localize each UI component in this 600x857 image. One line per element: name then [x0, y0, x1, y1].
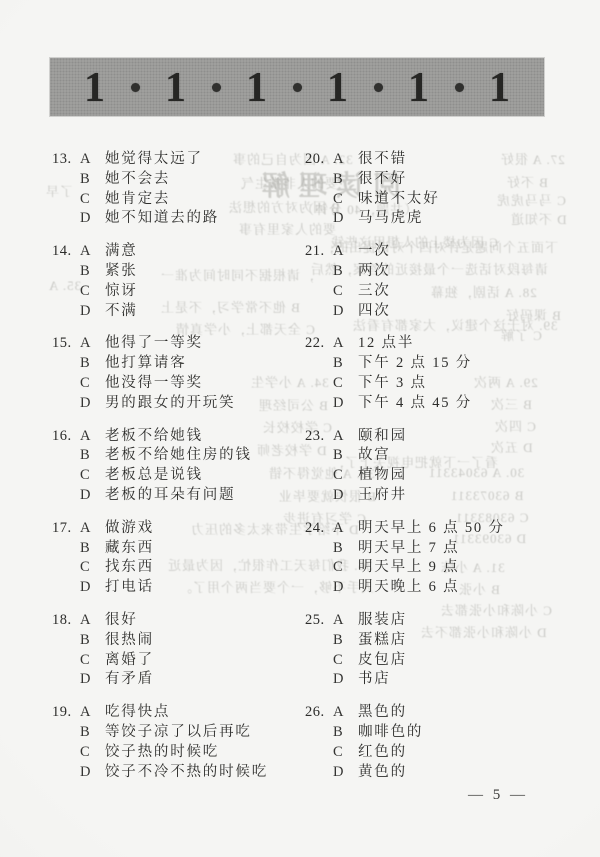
- question-block: 26.A黑色的B咖啡色的C红色的D黄色的: [305, 703, 567, 782]
- option-letter: C: [80, 466, 105, 486]
- option-letter: B: [333, 631, 358, 651]
- question-option-row: B藏东西: [52, 539, 308, 559]
- option-letter: D: [80, 670, 105, 690]
- question-option-row: B很热闹: [52, 631, 308, 651]
- questions-column-left: 13.A她觉得太远了B她不会去C她肯定去D她不知道去的路14.A满意B紧张C惊讶…: [52, 150, 308, 795]
- option-text: 明天早上 7 点: [358, 539, 459, 559]
- question-block: 13.A她觉得太远了B她不会去C她肯定去D她不知道去的路: [52, 150, 308, 229]
- option-text: 三次: [358, 282, 391, 302]
- option-letter: C: [80, 282, 105, 302]
- question-option-row: C三次: [305, 282, 567, 302]
- option-letter: C: [80, 743, 105, 763]
- question-option-row: C离婚了: [52, 651, 308, 671]
- option-letter: D: [333, 486, 358, 506]
- question-option-row: B等饺子凉了以后再吃: [52, 723, 308, 743]
- option-letter: C: [333, 282, 358, 302]
- option-text: 明天早上 9 点: [358, 558, 459, 578]
- option-text: 颐和园: [358, 427, 407, 447]
- option-letter: D: [80, 209, 105, 229]
- banner-separator-dot: [212, 83, 221, 92]
- banner-digit: 1: [327, 67, 348, 109]
- option-letter: B: [333, 446, 358, 466]
- question-option-row: D黄色的: [305, 763, 567, 783]
- question-number: 26.: [305, 703, 333, 723]
- option-text: 等饺子凉了以后再吃: [105, 723, 252, 743]
- option-text: 明天早上 6 点 50 分: [358, 519, 505, 539]
- question-number: 15.: [52, 334, 80, 354]
- question-option-row: D四次: [305, 302, 567, 322]
- option-text: 下午 2 点 15 分: [358, 354, 472, 374]
- question-block: 18.A很好B很热闹C离婚了D有矛盾: [52, 611, 308, 690]
- banner-digit: 1: [408, 67, 429, 109]
- option-letter: D: [80, 763, 105, 783]
- question-number: 18.: [52, 611, 80, 631]
- question-option-row: 19.A吃得快点: [52, 703, 308, 723]
- banner-digit: 1: [165, 67, 186, 109]
- question-number: 22.: [305, 334, 333, 354]
- option-text: 咖啡色的: [358, 723, 423, 743]
- question-option-row: 20.A很不错: [305, 150, 567, 170]
- option-text: 老板的耳朵有问题: [105, 486, 235, 506]
- question-option-row: D老板的耳朵有问题: [52, 486, 308, 506]
- option-text: 12 点半: [358, 334, 414, 354]
- question-option-row: B下午 2 点 15 分: [305, 354, 567, 374]
- option-letter: D: [333, 578, 358, 598]
- option-text: 皮包店: [358, 651, 407, 671]
- question-block: 14.A满意B紧张C惊讶D不满: [52, 242, 308, 321]
- option-text: 书店: [358, 670, 391, 690]
- option-letter: D: [80, 302, 105, 322]
- question-option-row: D书店: [305, 670, 567, 690]
- option-text: 她肯定去: [105, 190, 170, 210]
- question-number: 17.: [52, 519, 80, 539]
- option-letter: C: [80, 558, 105, 578]
- option-text: 红色的: [358, 743, 407, 763]
- page-number: — 5 —: [468, 787, 528, 804]
- option-text: 他打算请客: [105, 354, 187, 374]
- question-option-row: B明天早上 7 点: [305, 539, 567, 559]
- question-option-row: C惊讶: [52, 282, 308, 302]
- option-letter: A: [80, 334, 105, 354]
- question-option-row: 23.A颐和园: [305, 427, 567, 447]
- banner-digit: 1: [84, 67, 105, 109]
- option-letter: C: [80, 651, 105, 671]
- option-text: 打电话: [105, 578, 154, 598]
- question-option-row: D打电话: [52, 578, 308, 598]
- option-text: 明天晚上 6 点: [358, 578, 459, 598]
- question-option-row: B他打算请客: [52, 354, 308, 374]
- option-letter: C: [333, 558, 358, 578]
- section-number-banner: 111111: [50, 58, 544, 116]
- option-text: 很热闹: [105, 631, 154, 651]
- option-text: 藏东西: [105, 539, 154, 559]
- option-letter: A: [80, 150, 105, 170]
- question-option-row: B老板不给她住房的钱: [52, 446, 308, 466]
- question-option-row: D下午 4 点 45 分: [305, 394, 567, 414]
- question-number: 13.: [52, 150, 80, 170]
- option-letter: C: [333, 466, 358, 486]
- question-option-row: 24.A明天早上 6 点 50 分: [305, 519, 567, 539]
- option-text: 惊讶: [105, 282, 138, 302]
- banner-separator-dot: [293, 83, 302, 92]
- option-text: 两次: [358, 262, 391, 282]
- question-option-row: D王府井: [305, 486, 567, 506]
- option-text: 饺子不冷不热的时候吃: [105, 763, 268, 783]
- question-option-row: 15.A他得了一等奖: [52, 334, 308, 354]
- question-block: 25.A服装店B蛋糕店C皮包店D书店: [305, 611, 567, 690]
- question-option-row: D不满: [52, 302, 308, 322]
- option-letter: A: [333, 427, 358, 447]
- question-block: 24.A明天早上 6 点 50 分B明天早上 7 点C明天早上 9 点D明天晚上…: [305, 519, 567, 598]
- option-letter: D: [333, 763, 358, 783]
- question-option-row: D男的跟女的开玩笑: [52, 394, 308, 414]
- option-letter: D: [80, 486, 105, 506]
- option-letter: D: [80, 578, 105, 598]
- option-letter: C: [333, 651, 358, 671]
- question-option-row: B很不好: [305, 170, 567, 190]
- question-option-row: B故宫: [305, 446, 567, 466]
- option-letter: C: [80, 374, 105, 394]
- banner-separator-dot: [455, 83, 464, 92]
- option-text: 满意: [105, 242, 138, 262]
- option-letter: D: [333, 209, 358, 229]
- question-option-row: C找东西: [52, 558, 308, 578]
- option-letter: D: [333, 394, 358, 414]
- option-text: 很不好: [358, 170, 407, 190]
- question-number: 24.: [305, 519, 333, 539]
- option-letter: D: [333, 302, 358, 322]
- option-letter: B: [333, 539, 358, 559]
- question-block: 17.A做游戏B藏东西C找东西D打电话: [52, 519, 308, 598]
- option-text: 她不会去: [105, 170, 170, 190]
- question-number: 20.: [305, 150, 333, 170]
- option-text: 老板不给她住房的钱: [105, 446, 252, 466]
- option-letter: C: [333, 743, 358, 763]
- question-option-row: 16.A老板不给她钱: [52, 427, 308, 447]
- question-option-row: C她肯定去: [52, 190, 308, 210]
- question-option-row: C老板总是说钱: [52, 466, 308, 486]
- question-option-row: C饺子热的时候吃: [52, 743, 308, 763]
- option-letter: C: [333, 190, 358, 210]
- question-option-row: D马马虎虎: [305, 209, 567, 229]
- option-text: 离婚了: [105, 651, 154, 671]
- option-letter: A: [80, 427, 105, 447]
- question-option-row: C红色的: [305, 743, 567, 763]
- question-number: 21.: [305, 242, 333, 262]
- option-letter: B: [80, 723, 105, 743]
- question-number: 25.: [305, 611, 333, 631]
- option-text: 植物园: [358, 466, 407, 486]
- option-letter: D: [80, 394, 105, 414]
- question-number: 14.: [52, 242, 80, 262]
- option-letter: B: [80, 539, 105, 559]
- question-option-row: D饺子不冷不热的时候吃: [52, 763, 308, 783]
- option-letter: B: [80, 631, 105, 651]
- option-letter: C: [80, 190, 105, 210]
- banner-separator-dot: [131, 83, 140, 92]
- question-option-row: B咖啡色的: [305, 723, 567, 743]
- option-text: 他没得一等奖: [105, 374, 203, 394]
- option-text: 老板不给她钱: [105, 427, 203, 447]
- option-text: 不满: [105, 302, 138, 322]
- option-text: 黑色的: [358, 703, 407, 723]
- option-letter: B: [80, 354, 105, 374]
- question-option-row: C他没得一等奖: [52, 374, 308, 394]
- option-text: 下午 4 点 45 分: [358, 394, 472, 414]
- option-text: 一次: [358, 242, 391, 262]
- question-option-row: D有矛盾: [52, 670, 308, 690]
- option-text: 马马虎虎: [358, 209, 423, 229]
- option-letter: B: [333, 170, 358, 190]
- option-letter: C: [333, 374, 358, 394]
- question-option-row: C植物园: [305, 466, 567, 486]
- option-text: 味道不太好: [358, 190, 440, 210]
- option-text: 做游戏: [105, 519, 154, 539]
- option-letter: B: [333, 262, 358, 282]
- question-block: 19.A吃得快点B等饺子凉了以后再吃C饺子热的时候吃D饺子不冷不热的时候吃: [52, 703, 308, 782]
- option-text: 下午 3 点: [358, 374, 427, 394]
- question-option-row: 13.A她觉得太远了: [52, 150, 308, 170]
- option-letter: B: [333, 723, 358, 743]
- option-text: 王府井: [358, 486, 407, 506]
- option-letter: B: [333, 354, 358, 374]
- question-option-row: 25.A服装店: [305, 611, 567, 631]
- questions-column-right: 20.A很不错B很不好C味道不太好D马马虎虎21.A一次B两次C三次D四次22.…: [305, 150, 567, 795]
- question-option-row: D她不知道去的路: [52, 209, 308, 229]
- question-option-row: C下午 3 点: [305, 374, 567, 394]
- question-option-row: 14.A满意: [52, 242, 308, 262]
- question-option-row: B她不会去: [52, 170, 308, 190]
- question-option-row: C皮包店: [305, 651, 567, 671]
- option-text: 紧张: [105, 262, 138, 282]
- question-option-row: 26.A黑色的: [305, 703, 567, 723]
- question-block: 15.A他得了一等奖B他打算请客C他没得一等奖D男的跟女的开玩笑: [52, 334, 308, 413]
- question-option-row: 22.A12 点半: [305, 334, 567, 354]
- question-block: 23.A颐和园B故宫C植物园D王府井: [305, 427, 567, 506]
- option-text: 故宫: [358, 446, 391, 466]
- option-text: 她不知道去的路: [105, 209, 219, 229]
- option-text: 四次: [358, 302, 391, 322]
- option-text: 吃得快点: [105, 703, 170, 723]
- option-letter: A: [333, 150, 358, 170]
- option-letter: A: [80, 611, 105, 631]
- question-block: 20.A很不错B很不好C味道不太好D马马虎虎: [305, 150, 567, 229]
- question-option-row: 18.A很好: [52, 611, 308, 631]
- option-text: 很不错: [358, 150, 407, 170]
- option-text: 老板总是说钱: [105, 466, 203, 486]
- option-text: 他得了一等奖: [105, 334, 203, 354]
- option-letter: A: [80, 703, 105, 723]
- option-letter: A: [333, 611, 358, 631]
- question-number: 16.: [52, 427, 80, 447]
- option-letter: A: [333, 242, 358, 262]
- question-option-row: C味道不太好: [305, 190, 567, 210]
- question-option-row: B紧张: [52, 262, 308, 282]
- question-option-row: 21.A一次: [305, 242, 567, 262]
- option-letter: B: [80, 262, 105, 282]
- option-letter: B: [80, 446, 105, 466]
- option-text: 找东西: [105, 558, 154, 578]
- option-text: 饺子热的时候吃: [105, 743, 219, 763]
- question-block: 22.A12 点半B下午 2 点 15 分C下午 3 点D下午 4 点 45 分: [305, 334, 567, 413]
- option-text: 服装店: [358, 611, 407, 631]
- question-option-row: B蛋糕店: [305, 631, 567, 651]
- banner-digit: 1: [246, 67, 267, 109]
- option-letter: D: [333, 670, 358, 690]
- option-text: 很好: [105, 611, 138, 631]
- option-letter: A: [333, 519, 358, 539]
- option-letter: A: [333, 703, 358, 723]
- question-block: 16.A老板不给她钱B老板不给她住房的钱C老板总是说钱D老板的耳朵有问题: [52, 427, 308, 506]
- option-text: 蛋糕店: [358, 631, 407, 651]
- question-block: 21.A一次B两次C三次D四次: [305, 242, 567, 321]
- option-letter: A: [333, 334, 358, 354]
- option-letter: B: [80, 170, 105, 190]
- option-text: 黄色的: [358, 763, 407, 783]
- option-text: 男的跟女的开玩笑: [105, 394, 235, 414]
- question-option-row: C明天早上 9 点: [305, 558, 567, 578]
- option-text: 她觉得太远了: [105, 150, 203, 170]
- banner-separator-dot: [374, 83, 383, 92]
- option-letter: A: [80, 519, 105, 539]
- scanned-test-page: 阅读理解（共题，40 分钟）32. A 因为自己的事要的人非常生气B 因为对方的…: [0, 0, 600, 857]
- question-option-row: 17.A做游戏: [52, 519, 308, 539]
- question-number: 23.: [305, 427, 333, 447]
- option-text: 有矛盾: [105, 670, 154, 690]
- option-letter: A: [80, 242, 105, 262]
- question-option-row: D明天晚上 6 点: [305, 578, 567, 598]
- question-option-row: B两次: [305, 262, 567, 282]
- banner-digit: 1: [489, 67, 510, 109]
- question-number: 19.: [52, 703, 80, 723]
